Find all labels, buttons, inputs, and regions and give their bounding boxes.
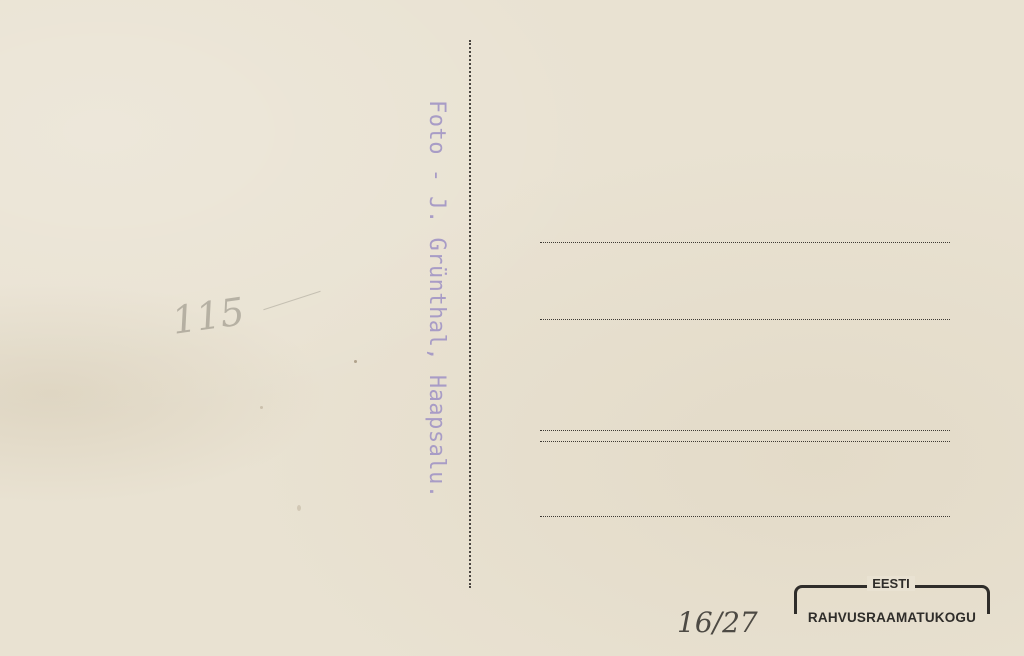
publisher-imprint: Foto - J. Grünthal, Haapsalu.	[424, 100, 449, 499]
paper-speck	[297, 505, 301, 511]
stamp-top-text: EESTI	[794, 576, 988, 591]
address-line	[540, 441, 950, 442]
address-line	[540, 430, 950, 431]
catalog-number: 16/27	[677, 606, 758, 639]
pencil-note: 115	[169, 289, 247, 343]
pencil-stroke	[263, 291, 320, 310]
address-line	[540, 242, 950, 243]
stamp-bottom-text: RAHVUSRAAMATUKOGU	[794, 610, 990, 625]
postcard-back: 115 Foto - J. Grünthal, Haapsalu. 16/27 …	[0, 0, 1024, 656]
center-divider	[469, 40, 471, 588]
address-line	[540, 319, 950, 320]
paper-speck	[354, 360, 357, 363]
address-line	[540, 516, 950, 517]
library-stamp: EESTI RAHVUSRAAMATUKOGU	[794, 578, 988, 628]
stamp-top-label: EESTI	[867, 576, 915, 591]
paper-speck	[260, 406, 263, 409]
